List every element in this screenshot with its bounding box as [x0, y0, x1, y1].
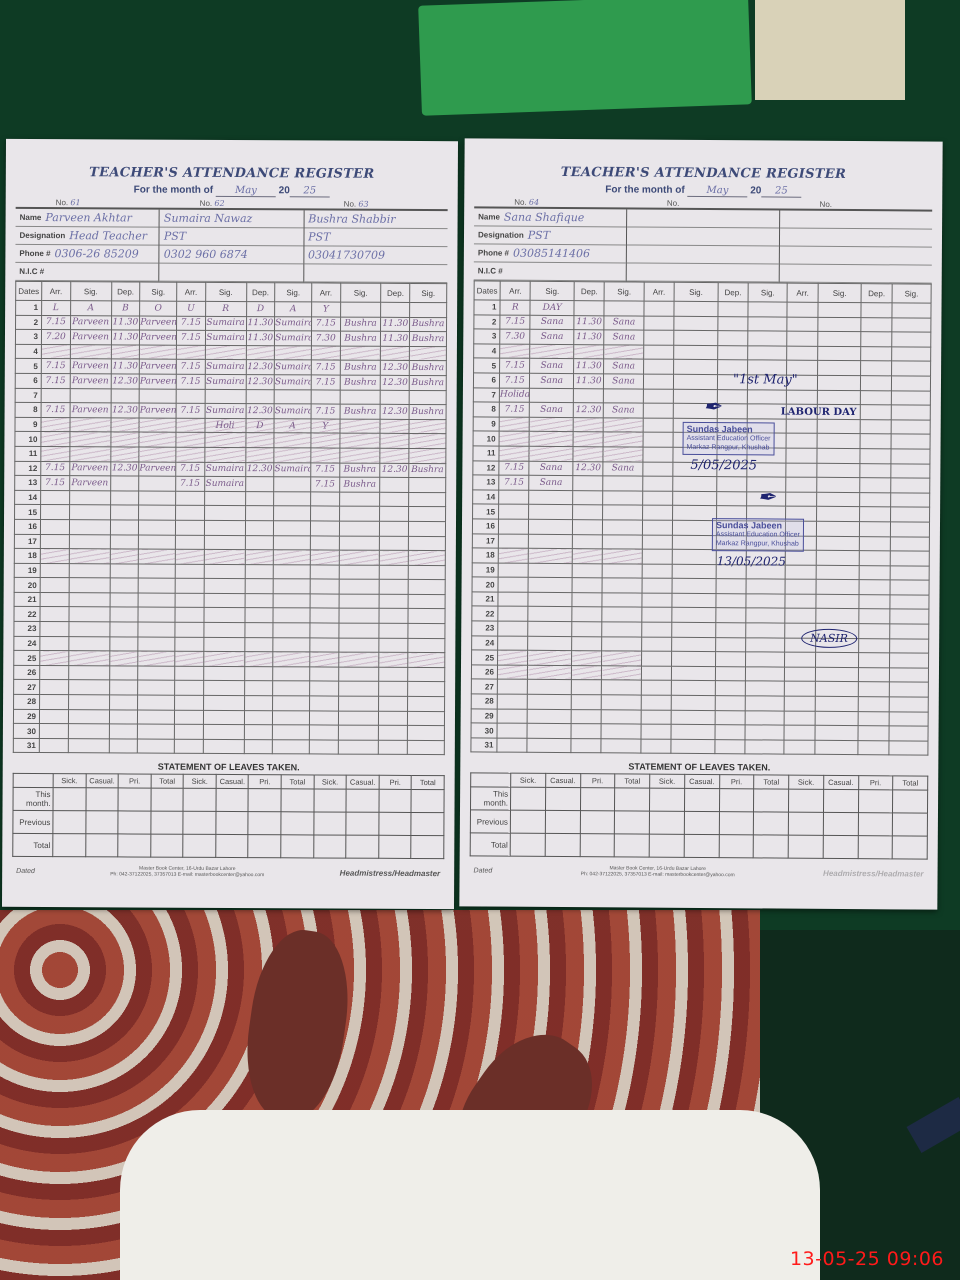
- attendance-cell: 7.15: [176, 374, 205, 389]
- attendance-cell: [245, 535, 274, 550]
- attendance-cell: [673, 506, 717, 521]
- column-header: Sig.: [275, 283, 312, 302]
- attendance-cell: [573, 417, 604, 432]
- attendance-cell: [110, 549, 139, 564]
- attendance-cell: Sumaira: [274, 462, 311, 477]
- attendance-cell: [642, 564, 673, 579]
- leave-cell: [85, 811, 118, 834]
- attendance-cell: [530, 344, 574, 359]
- attendance-cell: [139, 389, 176, 404]
- attendance-cell: 7.15: [311, 375, 340, 390]
- attendance-cell: [785, 579, 816, 594]
- attendance-cell: [603, 505, 642, 520]
- attendance-cell: 12.30: [381, 375, 410, 390]
- attendance-cell: [816, 507, 860, 522]
- attendance-cell: [671, 681, 715, 696]
- attendance-cell: Parveen: [70, 359, 111, 374]
- teacher-phone: [627, 245, 779, 264]
- attendance-cell: [671, 710, 715, 725]
- attendance-cell: [380, 448, 409, 463]
- leave-cell: [118, 788, 151, 811]
- date-cell: 15: [15, 505, 41, 520]
- leave-cell: [684, 835, 719, 858]
- attendance-cell: [816, 477, 860, 492]
- column-header: Sig.: [70, 282, 111, 301]
- attendance-cell: [273, 594, 310, 609]
- attendance-cell: 12.30: [381, 361, 410, 376]
- attendance-cell: [672, 622, 716, 637]
- attendance-cell: [310, 638, 339, 653]
- attendance-cell: [786, 492, 817, 507]
- signatory-label: Headmistress/Headmaster: [823, 869, 924, 879]
- attendance-cell: 7.15: [311, 360, 340, 375]
- attendance-cell: [530, 388, 574, 403]
- attendance-cell: [892, 317, 931, 332]
- attendance-cell: [204, 579, 245, 594]
- attendance-cell: [572, 534, 603, 549]
- attendance-cell: [176, 345, 205, 360]
- attendance-cell: [859, 609, 890, 624]
- attendance-cell: [572, 607, 603, 622]
- attendance-cell: [530, 417, 574, 432]
- attendance-cell: [603, 520, 642, 535]
- leaves-row: Previous: [13, 811, 444, 836]
- date-cell: 10: [15, 432, 41, 447]
- attendance-cell: [499, 490, 530, 505]
- attendance-cell: [859, 551, 890, 566]
- attendance-cell: [500, 344, 531, 359]
- leave-column-header: Pri.: [379, 776, 412, 790]
- attendance-cell: [497, 665, 528, 680]
- attendance-cell: [786, 477, 817, 492]
- attendance-cell: L: [42, 301, 71, 316]
- attendance-cell: [672, 564, 716, 579]
- attendance-cell: [175, 622, 204, 637]
- attendance-cell: [891, 420, 930, 435]
- teacher-name: [627, 209, 779, 228]
- attendance-cell: [381, 302, 410, 317]
- attendance-cell: [642, 549, 673, 564]
- attendance-cell: [139, 505, 176, 520]
- leave-cell: [150, 834, 183, 857]
- date-cell: 28: [14, 694, 40, 709]
- date-cell: 28: [471, 694, 497, 709]
- attendance-cell: [816, 536, 860, 551]
- attendance-cell: [339, 594, 380, 609]
- leave-cell: [53, 834, 86, 857]
- attendance-cell: 7.15: [500, 358, 531, 373]
- teacher-designation: PST: [160, 228, 303, 247]
- leave-cell: [216, 789, 249, 812]
- attendance-cell: [70, 432, 111, 447]
- attendance-cell: [41, 388, 70, 403]
- attendance-cell: [603, 491, 642, 506]
- attendance-cell: [674, 345, 718, 360]
- date-cell: 20: [472, 577, 498, 592]
- attendance-cell: [746, 623, 785, 638]
- attendance-cell: Sumaira: [275, 316, 312, 331]
- date-cell: 21: [14, 592, 40, 607]
- attendance-cell: [110, 607, 139, 622]
- date-cell: 12: [473, 460, 499, 475]
- signature-icon: ✒: [703, 395, 722, 420]
- attendance-cell: [138, 724, 175, 739]
- attendance-cell: [672, 652, 716, 667]
- attendance-cell: [273, 681, 310, 696]
- attendance-cell: [274, 448, 311, 463]
- attendance-cell: [572, 520, 603, 535]
- attendance-cell: [110, 534, 139, 549]
- attendance-cell: [40, 651, 69, 666]
- attendance-cell: [176, 447, 205, 462]
- leaves-table: Sick.Casual.Pri.TotalSick.Casual.Pri.Tot…: [12, 773, 444, 859]
- attendance-cell: [643, 389, 674, 404]
- date-cell: 17: [14, 534, 40, 549]
- date-cell: 1: [16, 300, 42, 315]
- attendance-cell: [603, 447, 642, 462]
- attendance-cell: [573, 432, 604, 447]
- attendance-cell: 11.30: [111, 330, 140, 345]
- attendance-cell: [175, 608, 204, 623]
- attendance-cell: [69, 607, 110, 622]
- attendance-cell: [860, 419, 891, 434]
- leave-cell: [649, 789, 684, 812]
- attendance-cell: [528, 665, 572, 680]
- attendance-cell: [69, 549, 110, 564]
- attendance-cell: [816, 550, 860, 565]
- attendance-cell: [381, 390, 410, 405]
- attendance-cell: [244, 696, 273, 711]
- attendance-cell: [529, 505, 573, 520]
- leave-cell: [313, 835, 346, 858]
- attendance-cell: [890, 507, 929, 522]
- attendance-cell: [379, 696, 408, 711]
- teacher-designation: PST: [304, 228, 447, 247]
- date-cell: 24: [472, 636, 498, 651]
- attendance-cell: A: [274, 418, 311, 433]
- attendance-cell: [245, 579, 274, 594]
- attendance-cell: 12.30: [573, 461, 604, 476]
- attendance-cell: [528, 621, 572, 636]
- attendance-cell: 11.30: [574, 315, 605, 330]
- teacher-phone: Phone #03085141406: [474, 244, 626, 263]
- attendance-cell: [641, 651, 672, 666]
- dates-header: Dates: [16, 281, 42, 300]
- table-row: 31: [471, 738, 928, 756]
- date-cell: 26: [14, 665, 40, 680]
- attendance-cell: [204, 564, 245, 579]
- date-cell: 12: [15, 461, 41, 476]
- date-cell: 20: [14, 578, 40, 593]
- attendance-cell: [175, 666, 204, 681]
- attendance-cell: [748, 346, 787, 361]
- attendance-cell: [244, 652, 273, 667]
- attendance-cell: [860, 463, 891, 478]
- attendance-cell: 7.15: [311, 404, 340, 419]
- attendance-cell: [530, 432, 574, 447]
- attendance-cell: [273, 564, 310, 579]
- attendance-cell: [890, 522, 929, 537]
- attendance-cell: [715, 681, 746, 696]
- attendance-cell: 11.30: [573, 374, 604, 389]
- attendance-cell: [715, 666, 746, 681]
- leave-row-label: Previous: [470, 810, 510, 833]
- teacher-info-block: NameParveen AkhtarDesignationHead Teache…: [15, 207, 447, 283]
- leave-cell: [823, 836, 858, 859]
- attendance-cell: [498, 592, 529, 607]
- attendance-cell: [176, 418, 205, 433]
- pen: [907, 1097, 960, 1153]
- attendance-cell: [274, 521, 311, 536]
- date-cell: 8: [15, 403, 41, 418]
- leaves-row: Previous: [470, 810, 927, 836]
- attendance-cell: [889, 638, 928, 653]
- attendance-cell: Holi: [205, 418, 246, 433]
- attendance-cell: [889, 711, 928, 726]
- leave-cell: [614, 834, 649, 857]
- attendance-cell: [528, 709, 572, 724]
- attendance-cell: [817, 463, 861, 478]
- attendance-cell: [817, 434, 861, 449]
- column-header: Arr.: [177, 282, 206, 301]
- attendance-cell: [527, 724, 571, 739]
- attendance-cell: Sana: [530, 373, 574, 388]
- attendance-cell: [717, 316, 748, 331]
- attendance-cell: [746, 594, 785, 609]
- leave-cell: [684, 812, 719, 835]
- attendance-cell: [40, 695, 69, 710]
- attendance-cell: [889, 624, 928, 639]
- attendance-cell: [572, 636, 603, 651]
- attendance-cell: [528, 578, 572, 593]
- attendance-cell: [340, 419, 381, 434]
- leave-cell: [892, 836, 927, 859]
- column-header: Dep.: [718, 283, 749, 302]
- attendance-cell: [274, 433, 311, 448]
- leave-cell: [580, 788, 615, 811]
- attendance-cell: Sana: [604, 315, 643, 330]
- leave-cell: [248, 812, 281, 835]
- attendance-cell: Sana: [529, 461, 573, 476]
- green-folder: [418, 0, 752, 116]
- teacher-info-3: Bushra ShabbirPST03041730709: [304, 210, 448, 283]
- attendance-cell: 12.30: [245, 462, 274, 477]
- column-header: Arr.: [42, 282, 71, 301]
- teacher-phone: 03041730709: [304, 246, 447, 265]
- attendance-cell: [311, 433, 340, 448]
- dated-label: Dated: [16, 868, 35, 875]
- attendance-cell: [245, 491, 274, 506]
- attendance-cell: [138, 578, 175, 593]
- attendance-cell: R: [500, 300, 531, 315]
- attendance-cell: [890, 551, 929, 566]
- attendance-cell: [529, 446, 573, 461]
- attendance-cell: [175, 578, 204, 593]
- date-cell: 9: [15, 417, 41, 432]
- attendance-cell: [69, 563, 110, 578]
- attendance-cell: Bushra: [340, 360, 381, 375]
- attendance-cell: [409, 521, 446, 536]
- attendance-cell: 7.15: [176, 403, 205, 418]
- date-cell: 26: [471, 665, 497, 680]
- attendance-cell: [68, 636, 109, 651]
- attendance-cell: [409, 492, 446, 507]
- column-header: Arr.: [787, 283, 818, 302]
- attendance-cell: [815, 696, 859, 711]
- attendance-cell: [110, 476, 139, 491]
- attendance-cell: Parveen: [139, 403, 176, 418]
- leave-column-header: Pri.: [580, 774, 615, 788]
- teacher-info-2: Sumaira NawazPST0302 960 6874: [160, 210, 305, 283]
- publisher-info: Master Book Center, 16-Urdu Bazar Lahore…: [110, 866, 264, 879]
- attendance-cell: [70, 417, 111, 432]
- attendance-cell: [716, 593, 747, 608]
- date-cell: 7: [473, 387, 499, 402]
- leave-column-header: Casual.: [684, 775, 719, 789]
- leave-cell: [346, 813, 379, 836]
- attendance-cell: [642, 462, 673, 477]
- attendance-cell: [273, 579, 310, 594]
- leave-cell: [545, 834, 580, 857]
- leave-cell: [510, 811, 545, 834]
- leave-column-header: Total: [754, 775, 789, 789]
- attendance-cell: [642, 578, 673, 593]
- leave-column-header: Casual.: [346, 776, 379, 790]
- attendance-cell: [274, 389, 311, 404]
- attendance-cell: [715, 608, 746, 623]
- attendance-cell: [41, 446, 70, 461]
- attendance-cell: [338, 740, 379, 755]
- attendance-cell: [890, 493, 929, 508]
- attendance-cell: [716, 579, 747, 594]
- attendance-cell: [273, 652, 310, 667]
- attendance-cell: [205, 389, 246, 404]
- attendance-cell: [137, 739, 174, 754]
- attendance-cell: [674, 316, 718, 331]
- attendance-cell: [40, 607, 69, 622]
- teacher-name: NameSana Shafique: [474, 208, 626, 227]
- attendance-cell: [572, 563, 603, 578]
- attendance-cell: 7.15: [311, 317, 340, 332]
- attendance-cell: [70, 388, 111, 403]
- attendance-cell: [245, 433, 274, 448]
- leave-cell: [823, 813, 858, 836]
- leave-cell: [823, 790, 858, 813]
- attendance-cell: [528, 694, 572, 709]
- attendance-cell: DAY: [530, 300, 574, 315]
- attendance-cell: 12.30: [381, 404, 410, 419]
- leave-cell: [86, 788, 119, 811]
- attendance-cell: Sana: [529, 475, 573, 490]
- attendance-cell: [175, 520, 204, 535]
- attendance-cell: [340, 302, 381, 317]
- attendance-cell: 7.15: [499, 461, 530, 476]
- date-cell: 6: [15, 373, 41, 388]
- attendance-cell: [40, 563, 69, 578]
- attendance-cell: [573, 476, 604, 491]
- attendance-cell: [746, 652, 785, 667]
- leave-cell: [248, 789, 281, 812]
- attendance-cell: [339, 492, 380, 507]
- attendance-cell: A: [70, 301, 111, 316]
- leave-cell: [788, 813, 823, 836]
- attendance-cell: [204, 622, 245, 637]
- attendance-cell: [273, 696, 310, 711]
- attendance-cell: Sana: [604, 403, 643, 418]
- attendance-cell: 7.15: [176, 476, 205, 491]
- attendance-cell: [380, 580, 409, 595]
- leave-cell: [719, 835, 754, 858]
- attendance-cell: [498, 577, 529, 592]
- attendance-cell: [338, 623, 379, 638]
- attendance-cell: [891, 390, 930, 405]
- attendance-cell: [641, 622, 672, 637]
- attendance-cell: [203, 652, 244, 667]
- attendance-cell: [245, 593, 274, 608]
- officer-stamp-1: Sundas Jabeen Assistant Education Office…: [682, 422, 774, 456]
- attendance-cell: [497, 680, 528, 695]
- column-header: Arr.: [312, 283, 341, 302]
- attendance-cell: [244, 637, 273, 652]
- attendance-cell: [715, 637, 746, 652]
- attendance-cell: [339, 565, 380, 580]
- attendance-cell: 7.15: [41, 359, 70, 374]
- attendance-cell: [817, 448, 861, 463]
- leave-cell: [346, 836, 379, 859]
- attendance-cell: [310, 652, 339, 667]
- column-header: Sig.: [818, 283, 862, 302]
- attendance-cell: [604, 388, 643, 403]
- month-line: For the month of May 2025: [6, 184, 458, 198]
- attendance-cell: [641, 666, 672, 681]
- attendance-cell: [497, 723, 528, 738]
- attendance-cell: 7.15: [499, 475, 530, 490]
- stamp2-date: 13/05/2025: [717, 554, 786, 568]
- attendance-cell: [717, 389, 748, 404]
- column-header: Sig.: [748, 283, 787, 302]
- attendance-cell: [817, 390, 861, 405]
- attendance-cell: [69, 622, 110, 637]
- attendance-cell: Parveen: [70, 403, 111, 418]
- date-cell: 14: [15, 490, 41, 505]
- attendance-cell: [273, 623, 310, 638]
- attendance-cell: [310, 594, 339, 609]
- attendance-cell: Sana: [603, 461, 642, 476]
- attendance-cell: [718, 302, 749, 317]
- date-cell: 25: [472, 650, 498, 665]
- leave-cell: [411, 836, 444, 859]
- photo-timestamp: 13-05-25 09:06: [790, 1248, 944, 1270]
- attendance-cell: [641, 724, 672, 739]
- attendance-cell: [671, 725, 715, 740]
- column-header: Sig.: [531, 281, 575, 300]
- date-cell: 16: [14, 519, 40, 534]
- attendance-cell: [748, 331, 787, 346]
- attendance-cell: [139, 432, 176, 447]
- date-cell: 8: [473, 402, 499, 417]
- leave-cell: [754, 789, 789, 812]
- leave-cell: [649, 835, 684, 858]
- year-value: 25: [761, 185, 801, 197]
- attendance-cell: [338, 652, 379, 667]
- attendance-cell: [245, 448, 274, 463]
- attendance-cell: [643, 432, 674, 447]
- attendance-cell: [890, 595, 929, 610]
- attendance-cell: [674, 374, 718, 389]
- attendance-cell: [889, 697, 928, 712]
- attendance-cell: [748, 302, 787, 317]
- attendance-cell: Parveen: [140, 316, 177, 331]
